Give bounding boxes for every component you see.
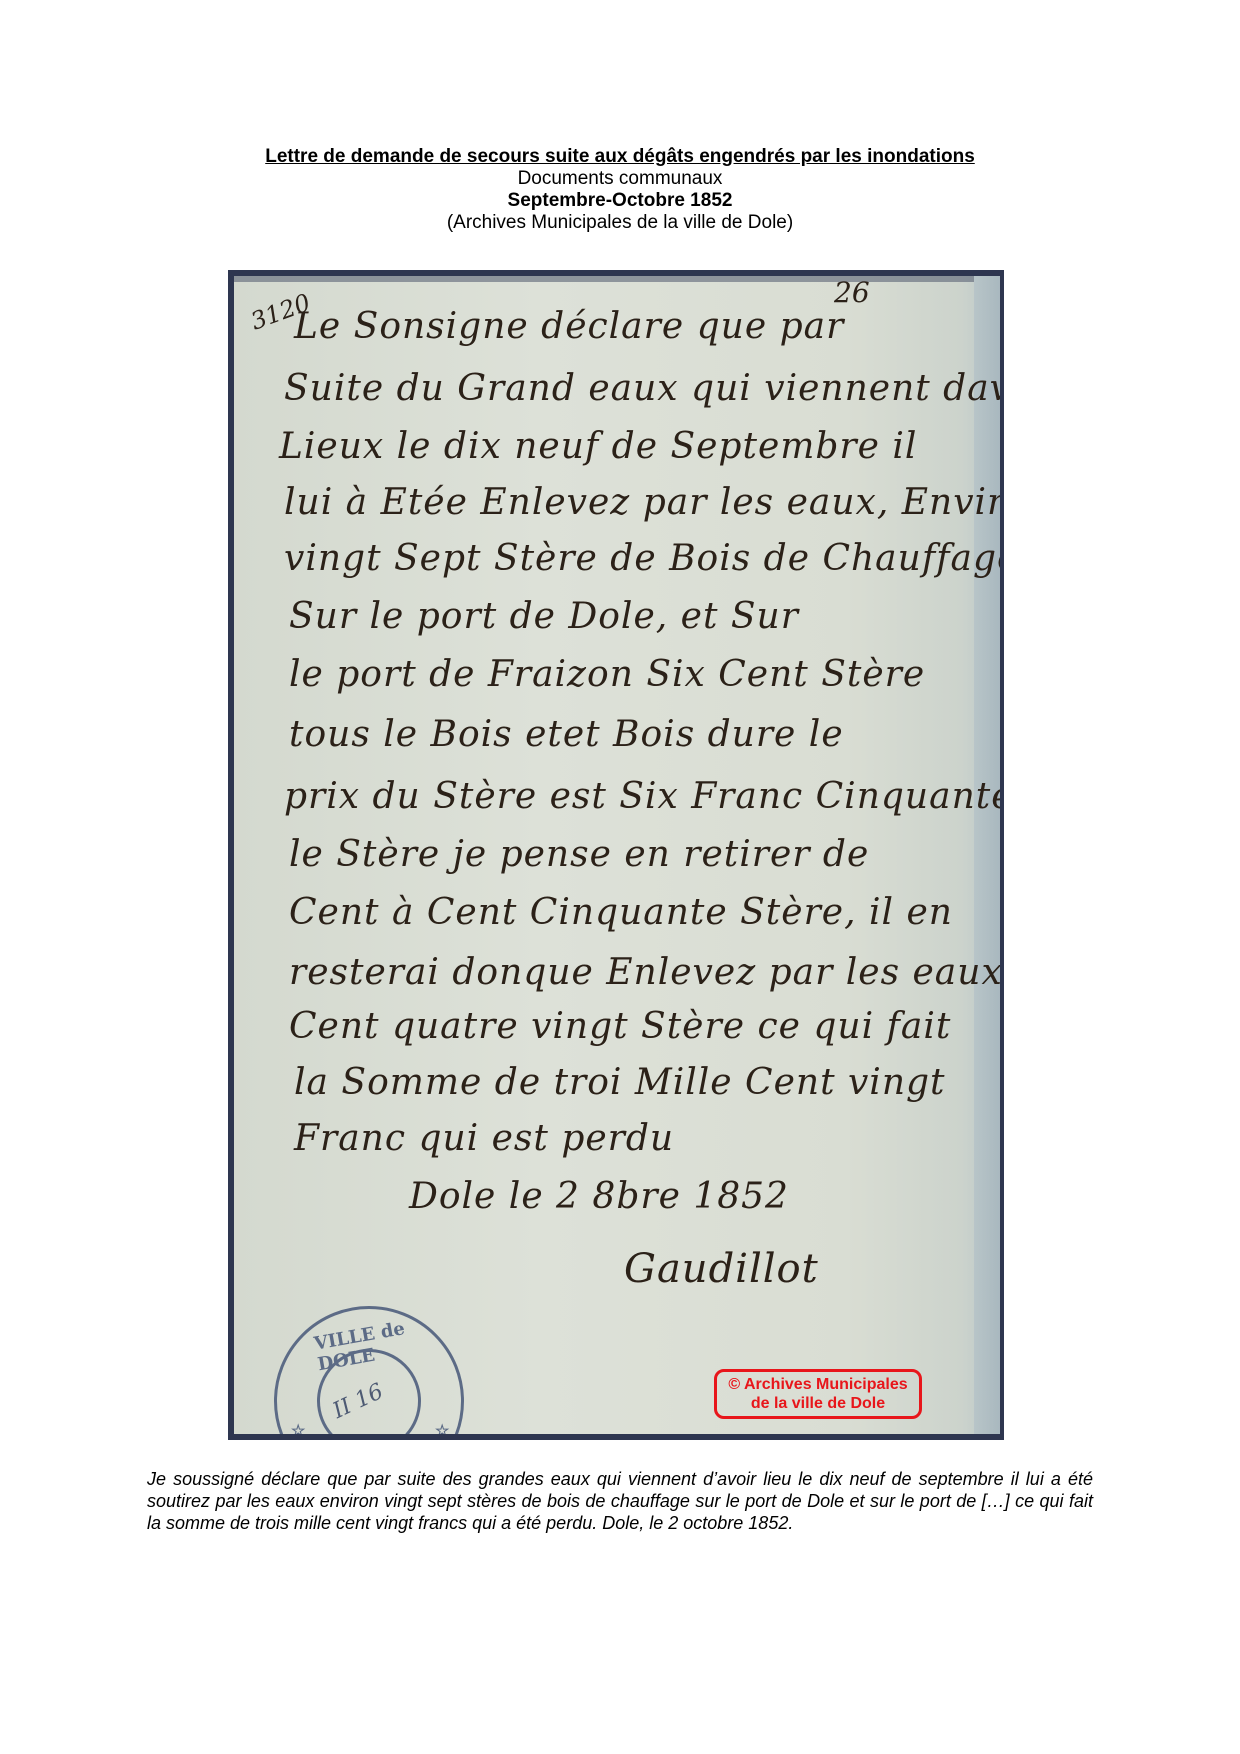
- copyright-line-2: de la ville de Dole: [717, 1394, 919, 1413]
- manuscript-line: Cent quatre vingt Stère ce qui fait: [289, 1006, 951, 1047]
- manuscript-line: resterai donque Enlevez par les eaux qua…: [289, 952, 1000, 993]
- manuscript-line: Suite du Grand eaux qui viennent davoir: [284, 368, 1000, 409]
- document-date-range: Septembre-Octobre 1852: [0, 190, 1240, 212]
- copyright-line-1: © Archives Municipales: [717, 1375, 919, 1394]
- manuscript-date: Dole le 2 8bre 1852: [409, 1176, 789, 1217]
- star-icon: ☆: [435, 1421, 449, 1434]
- paper-top-edge: [234, 276, 1000, 282]
- transcription-text: Je soussigné déclare que par suite des g…: [147, 1468, 1093, 1534]
- manuscript-line: tous le Bois etet Bois dure le: [289, 714, 844, 755]
- signature: Gaudillot: [624, 1246, 819, 1292]
- paper-right-edge: [974, 276, 1000, 1434]
- archive-stamp: VILLE de DOLE II 16 ☆ ☆ ARCHIVES: [274, 1306, 464, 1434]
- manuscript-line: le Stère je pense en retirer de: [289, 834, 869, 875]
- manuscript-line: Le Sonsigne déclare que par: [294, 306, 844, 347]
- page-number: 26: [834, 276, 870, 309]
- manuscript-line: Lieux le dix neuf de Septembre il: [279, 426, 917, 467]
- document-title: Lettre de demande de secours suite aux d…: [0, 146, 1240, 168]
- manuscript-line: prix du Stère est Six Franc Cinquante: [284, 776, 1000, 817]
- document-header: Lettre de demande de secours suite aux d…: [0, 146, 1240, 234]
- manuscript-line: la Somme de troi Mille Cent vingt: [294, 1062, 946, 1103]
- manuscript-line: Franc qui est perdu: [294, 1118, 674, 1159]
- manuscript-paper: 3120 26 Le Sonsigne déclare que par Suit…: [234, 276, 1000, 1434]
- manuscript-line: lui à Etée Enlevez par les eaux, Environ: [284, 482, 1000, 523]
- document-subtitle: Documents communaux: [0, 168, 1240, 190]
- manuscript-line: Cent à Cent Cinquante Stère, il en: [289, 892, 953, 933]
- manuscript-line: le port de Fraizon Six Cent Stère: [289, 654, 925, 695]
- copyright-watermark: © Archives Municipales de la ville de Do…: [714, 1369, 922, 1419]
- document-source: (Archives Municipales de la ville de Dol…: [0, 212, 1240, 234]
- manuscript-line: Sur le port de Dole, et Sur: [289, 596, 799, 637]
- manuscript-line: vingt Sept Stère de Bois de Chauffage: [284, 538, 1000, 579]
- manuscript-photo: 3120 26 Le Sonsigne déclare que par Suit…: [228, 270, 1004, 1440]
- star-icon: ☆: [291, 1421, 305, 1434]
